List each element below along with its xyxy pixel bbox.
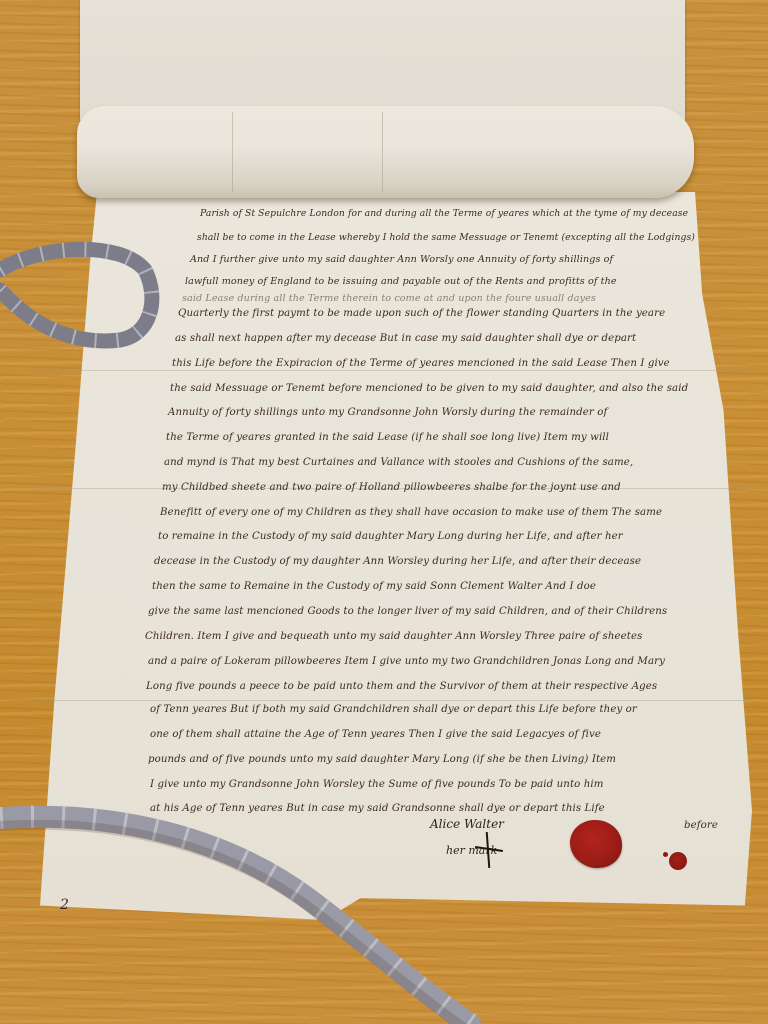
cord-icon bbox=[0, 0, 768, 1024]
